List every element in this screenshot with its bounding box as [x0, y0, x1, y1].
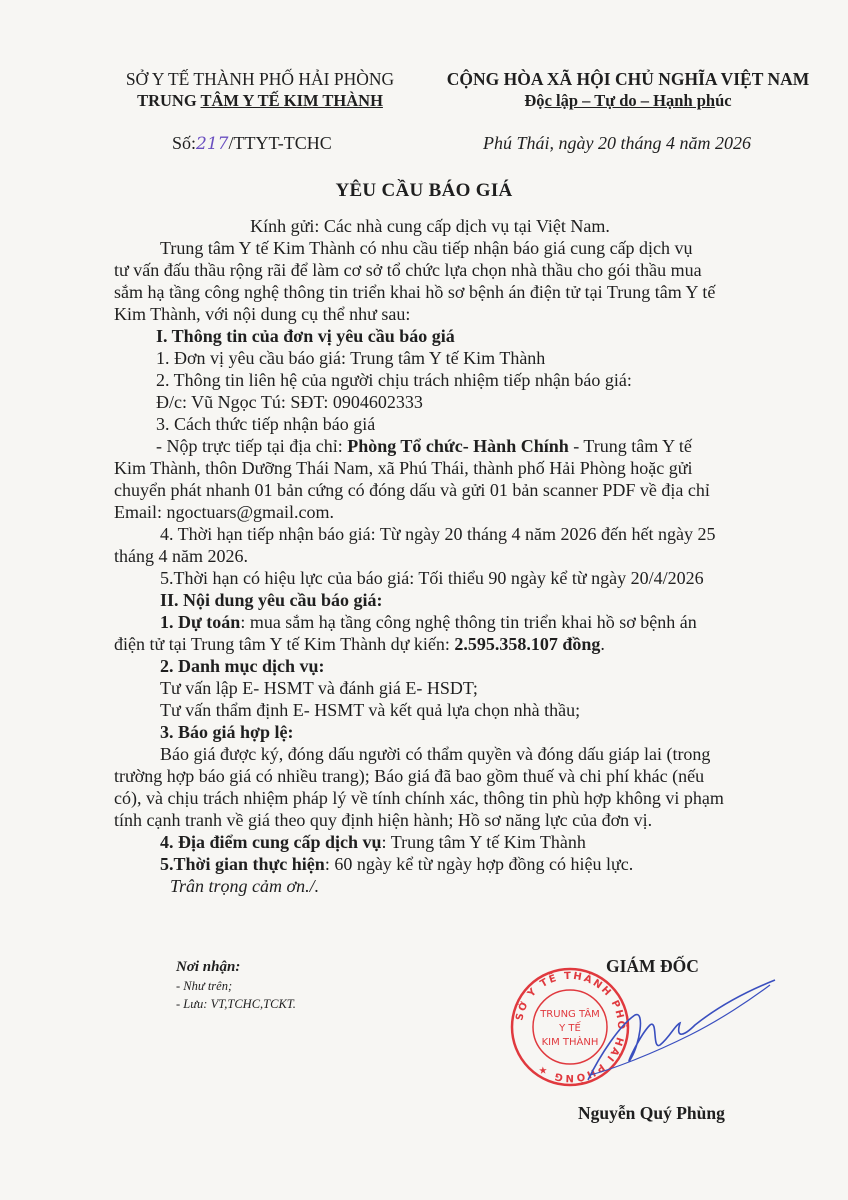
document-number: Số:217/TTYT-TCHC: [172, 133, 332, 154]
recipients-heading: Nơi nhận:: [176, 957, 296, 977]
parent-agency: SỞ Y TẾ THÀNH PHỐ HẢI PHÒNG: [100, 68, 420, 90]
contact-info: Đ/c: Vũ Ngọc Tú: SĐT: 0904602333: [114, 391, 746, 413]
national-motto: Độc lập – Tự do – Hạnh phúc: [428, 90, 828, 112]
estimate-amount: 2.595.358.107 đồng: [454, 634, 600, 654]
valid-quote-heading: 3. Báo giá hợp lệ:: [114, 721, 746, 743]
services-heading: 2. Danh mục dịch vụ:: [114, 655, 746, 677]
submit-address-line: chuyển phát nhanh 01 bản cứng có đóng dấ…: [114, 479, 746, 501]
intro-line: sắm hạ tầng công nghệ thông tin triển kh…: [114, 281, 746, 303]
section1-item1: 1. Đơn vị yêu cầu báo giá: Trung tâm Y t…: [114, 347, 746, 369]
estimate-cont: điện tử tại Trung tâm Y tế Kim Thành dự …: [114, 633, 746, 655]
section1-item4: 4. Thời hạn tiếp nhận báo giá: Từ ngày 2…: [114, 523, 746, 545]
svg-text:Y TẾ: Y TẾ: [558, 1020, 581, 1034]
service-duration: 5.Thời gian thực hiện: 60 ngày kể từ ngà…: [114, 853, 746, 875]
recipient-item: - Như trên;: [176, 977, 296, 995]
recipients-block: Nơi nhận: - Như trên; - Lưu: VT,TCHC,TCK…: [176, 957, 296, 1013]
contact-email: Email: ngoctuars@gmail.com.: [114, 501, 746, 523]
valid-quote-line: trường hợp báo giá có nhiều trang); Báo …: [114, 765, 746, 787]
section1-item5: 5.Thời hạn có hiệu lực của báo giá: Tối …: [114, 567, 746, 589]
national-header: CỘNG HÒA XÃ HỘI CHỦ NGHĨA VIỆT NAM Độc l…: [428, 68, 828, 112]
intro-line: Trung tâm Y tế Kim Thành có nhu cầu tiếp…: [114, 237, 746, 259]
section1-item3: 3. Cách thức tiếp nhận báo giá: [114, 413, 746, 435]
issuing-agency-header: SỞ Y TẾ THÀNH PHỐ HẢI PHÒNG TRUNG TÂM Y …: [100, 68, 420, 112]
closing: Trân trọng cảm ơn./.: [114, 875, 746, 897]
service-item: Tư vấn lập E- HSMT và đánh giá E- HSDT;: [114, 677, 746, 699]
service-item: Tư vấn thẩm định E- HSMT và kết quả lựa …: [114, 699, 746, 721]
section1-item2: 2. Thông tin liên hệ của người chịu trác…: [114, 369, 746, 391]
valid-quote-line: tính cạnh tranh về giá theo quy định hiệ…: [114, 809, 746, 831]
valid-quote-line: có), và chịu trách nhiệm pháp lý về tính…: [114, 787, 746, 809]
section2-heading: II. Nội dung yêu cầu báo giá:: [114, 589, 746, 611]
national-title: CỘNG HÒA XÃ HỘI CHỦ NGHĨA VIỆT NAM: [428, 68, 828, 90]
valid-quote-line: Báo giá được ký, đóng dấu người có thẩm …: [114, 743, 746, 765]
intro-line: Kim Thành, với nội dung cụ thể như sau:: [114, 303, 746, 325]
service-location: 4. Địa điểm cung cấp dịch vụ: Trung tâm …: [114, 831, 746, 853]
document-page: SỞ Y TẾ THÀNH PHỐ HẢI PHÒNG TRUNG TÂM Y …: [0, 0, 848, 1200]
place-date: Phú Thái, ngày 20 tháng 4 năm 2026: [483, 133, 751, 154]
document-body: Kính gửi: Các nhà cung cấp dịch vụ tại V…: [114, 215, 746, 897]
signature-icon: [580, 975, 780, 1085]
submit-address: - Nộp trực tiếp tại địa chỉ: Phòng Tổ ch…: [114, 435, 746, 457]
estimate: 1. Dự toán: mua sắm hạ tầng công nghệ th…: [114, 611, 746, 633]
submit-address-line: Kim Thành, thôn Dưỡng Thái Nam, xã Phú T…: [114, 457, 746, 479]
document-title: YÊU CẦU BÁO GIÁ: [0, 180, 848, 202]
intro-line: tư vấn đấu thầu rộng rãi để làm cơ sở tổ…: [114, 259, 746, 281]
agency-name: TRUNG TÂM Y TẾ KIM THÀNH: [100, 90, 420, 112]
section1-item4-cont: tháng 4 năm 2026.: [114, 545, 746, 567]
recipient-item: - Lưu: VT,TCHC,TCKT.: [176, 995, 296, 1013]
section1-heading: I. Thông tin của đơn vị yêu cầu báo giá: [114, 325, 746, 347]
greeting: Kính gửi: Các nhà cung cấp dịch vụ tại V…: [114, 215, 746, 237]
signer-name: Nguyễn Quý Phùng: [578, 1103, 725, 1124]
handwritten-number: 217: [196, 134, 228, 154]
